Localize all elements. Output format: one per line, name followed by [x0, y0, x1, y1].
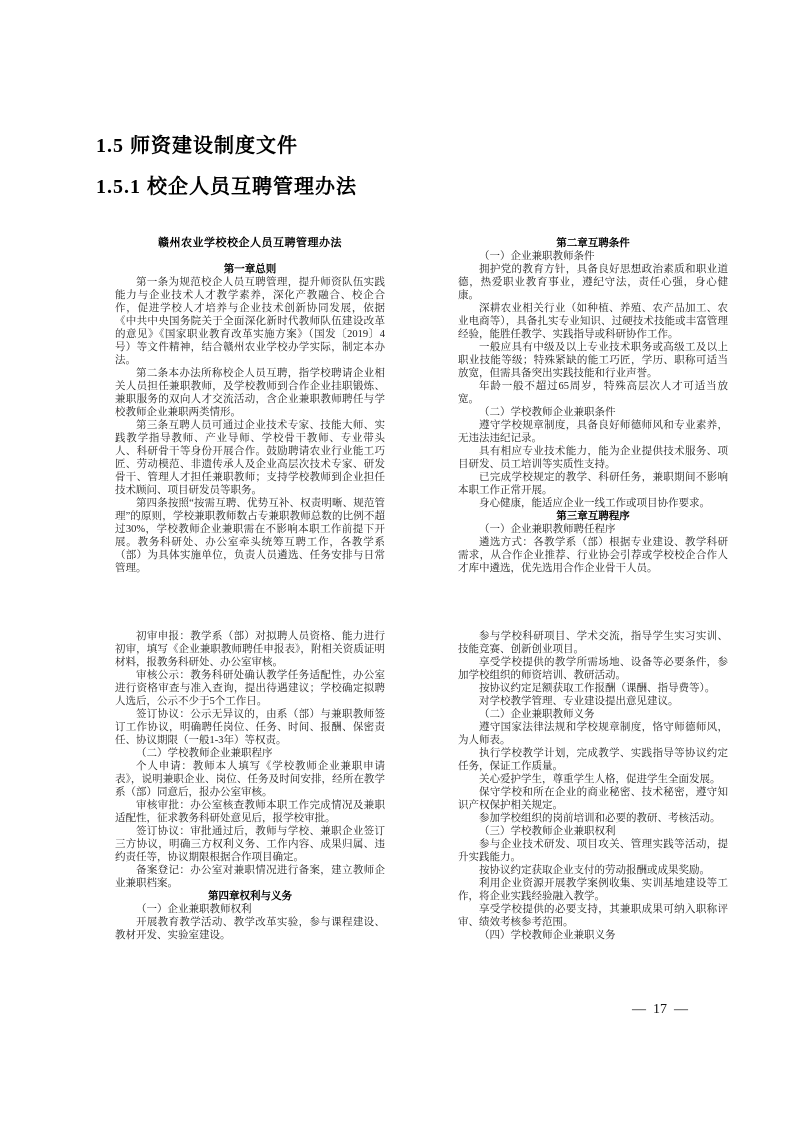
paragraph: 利用企业资源开展教学案例收集、实训基地建设等工作，将企业实践经验融入教学。 — [458, 877, 728, 903]
paragraph: 已完成学校规定的教学、科研任务，兼职期间不影响本职工作正常开展。 — [458, 471, 728, 497]
paragraph: （三）学校教师企业兼职权利 — [458, 825, 728, 838]
paragraph: 深耕农业相关行业（如种植、养殖、农产品加工、农业电商等），具备扎实专业知识、过硬… — [458, 302, 728, 341]
paragraph: 签订协议：审批通过后，教师与学校、兼职企业签订三方协议，明确三方权利义务、工作内… — [115, 825, 385, 864]
paragraph: 遵守学校规章制度，具备良好师德师风和专业素养，无违法违纪记录。 — [458, 419, 728, 445]
paragraph: 第三条互聘人员可通过企业技术专家、技能大师、实践教学指导教师、产业导师、学校骨干… — [115, 419, 385, 497]
paragraph: 开展教育教学活动、教学改革实验，参与课程建设、教材开发、实验室建设。 — [115, 916, 385, 942]
paragraph: 一般应具有中级及以上专业技术职务或高级工及以上职业技能等级；特殊紧缺的能工巧匠，… — [458, 341, 728, 380]
paragraph: 执行学校教学计划，完成教学、实践指导等协议约定任务，保证工作质量。 — [458, 747, 728, 773]
paragraph: 遴选方式：各教学系（部）根据专业建设、教学科研需求，从合作企业推荐、行业协会引荐… — [458, 536, 728, 575]
page2-right-column: 参与学校科研项目、学术交流，指导学生实习实训、技能竞赛、创新创业项目。享受学校提… — [458, 630, 728, 942]
paragraph: （四）学校教师企业兼职义务 — [458, 929, 728, 942]
chapter-heading: 第一章总则 — [115, 263, 385, 276]
paragraph: 参加学校组织的岗前培训和必要的教研、考核活动。 — [458, 812, 728, 825]
paragraph: （一）企业兼职教师条件 — [458, 250, 728, 263]
paragraph: 按协议约定获取企业支付的劳动报酬或成果奖励。 — [458, 864, 728, 877]
document-title: 赣州农业学校校企人员互聘管理办法 — [115, 237, 385, 250]
paragraph: 审核审批：办公室核查教师本职工作完成情况及兼职适配性，征求教务科研处意见后，报学… — [115, 799, 385, 825]
page1-right-column: 第二章互聘条件（一）企业兼职教师条件拥护党的教育方针，具备良好思想政治素质和职业… — [458, 237, 728, 575]
paragraph: （二）企业兼职教师义务 — [458, 708, 728, 721]
page-number-value: 17 — [653, 1002, 667, 1017]
paragraph: 第四条按照“按需互聘、优势互补、权责明晰、规范管理”的原则，学校兼职教师数占专兼… — [115, 497, 385, 575]
page-number-dash-right: — — [674, 1002, 688, 1017]
paragraph: 初审申报：教学系（部）对拟聘人员资格、能力进行初审，填写《企业兼职教师聘任申报表… — [115, 630, 385, 669]
chapter-heading: 第三章互聘程序 — [458, 510, 728, 523]
page1-left-column: 赣州农业学校校企人员互聘管理办法第一章总则第一条为规范校企人员互聘管理，提升师资… — [115, 237, 385, 575]
paragraph: （二）学校教师企业兼职程序 — [115, 747, 385, 760]
paragraph: 享受学校提供的教学所需场地、设备等必要条件，参加学校组织的师资培训、教研活动。 — [458, 656, 728, 682]
paragraph: 具有相应专业技术能力，能为企业提供技术服务、项目研发、员工培训等实质性支持。 — [458, 445, 728, 471]
paragraph: 身心健康，能适应企业一线工作或项目协作要求。 — [458, 497, 728, 510]
section-heading-1: 1.5 师资建设制度文件 — [96, 134, 357, 158]
paragraph: 第一条为规范校企人员互聘管理，提升师资队伍实践能力与企业技术人才教学素养，深化产… — [115, 276, 385, 367]
page-number: —17— — [600, 1002, 720, 1018]
document-page: 1.5 师资建设制度文件 1.5.1 校企人员互聘管理办法 赣州农业学校校企人员… — [0, 0, 794, 1123]
paragraph: 关心爱护学生，尊重学生人格，促进学生全面发展。 — [458, 773, 728, 786]
paragraph: 年龄一般不超过65周岁，特殊高层次人才可适当放宽。 — [458, 380, 728, 406]
paragraph: （一）企业兼职教师权利 — [115, 903, 385, 916]
paragraph: 个人申请：教师本人填写《学校教师企业兼职申请表》，说明兼职企业、岗位、任务及时间… — [115, 760, 385, 799]
paragraph: 保守学校和所在企业的商业秘密、技术秘密，遵守知识产权保护相关规定。 — [458, 786, 728, 812]
section-heading-2: 1.5.1 校企人员互聘管理办法 — [96, 175, 357, 199]
paragraph: （二）学校教师企业兼职条件 — [458, 406, 728, 419]
chapter-heading: 第二章互聘条件 — [458, 237, 728, 250]
chapter-heading: 第四章权利与义务 — [115, 890, 385, 903]
paragraph: 享受学校提供的必要支持，其兼职成果可纳入职称评审、绩效考核参考范围。 — [458, 903, 728, 929]
page2-left-column: 初审申报：教学系（部）对拟聘人员资格、能力进行初审，填写《企业兼职教师聘任申报表… — [115, 630, 385, 942]
paragraph: 签订协议：公示无异议的，由系（部）与兼职教师签订工作协议，明确聘任岗位、任务、时… — [115, 708, 385, 747]
paragraph: （一）企业兼职教师聘任程序 — [458, 523, 728, 536]
paragraph: 拥护党的教育方针，具备良好思想政治素质和职业道德，热爱职业教育事业，遵纪守法，责… — [458, 263, 728, 302]
paragraph: 备案登记：办公室对兼职情况进行备案，建立教师企业兼职档案。 — [115, 864, 385, 890]
paragraph: 遵守国家法律法规和学校规章制度，恪守师德师风，为人师表。 — [458, 721, 728, 747]
paragraph: 第二条本办法所称校企人员互聘，指学校聘请企业相关人员担任兼职教师，及学校教师到合… — [115, 367, 385, 419]
paragraph: 参与企业技术研发、项目攻关、管理实践等活动，提升实践能力。 — [458, 838, 728, 864]
paragraph: 按协议约定足额获取工作报酬（课酬、指导费等）。 — [458, 682, 728, 695]
paragraph: 参与学校科研项目、学术交流，指导学生实习实训、技能竞赛、创新创业项目。 — [458, 630, 728, 656]
section-headings: 1.5 师资建设制度文件 1.5.1 校企人员互聘管理办法 — [96, 134, 357, 199]
page-number-dash-left: — — [632, 1002, 646, 1017]
paragraph: 审核公示：教务科研处确认教学任务适配性，办公室进行资格审查与准入查询，提出待遇建… — [115, 669, 385, 708]
paragraph: 对学校教学管理、专业建设提出意见建议。 — [458, 695, 728, 708]
